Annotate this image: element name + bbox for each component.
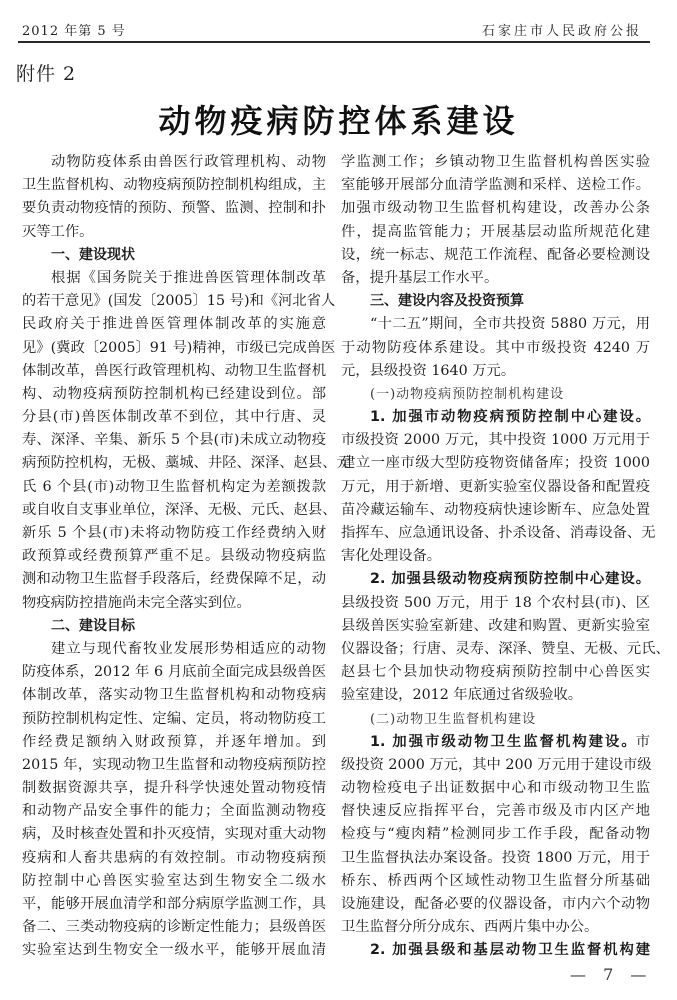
left-column: 动物防疫体系由兽医行政管理机构、动物 卫生监督机构、动物疫病预防控制机构组成，主… [22,151,326,963]
paragraph-line: 氏 6 个县(市)动物卫生监督机构定为差额拨款 [22,476,326,499]
paragraph-line: 体制改革，兽医行政管理机构、动物卫生监督机 [22,360,326,383]
paragraph-line: 备，提升基层工作水平。 [341,267,650,290]
paragraph-line: 级投资 2000 万元，其中 200 万元用于建设市级 [341,754,650,777]
paragraph-line: 灭等工作。 [22,221,326,244]
paragraph-line: 苗冷藏运输车、动物疫病快速诊断车、应急处置 [341,499,650,522]
paragraph-line: 设施建设，配备必要的仪器设备，市内六个动物 [341,893,650,916]
paragraph-line: 体制改革，落实动物卫生监督机构和动物疫病 [22,684,326,707]
attachment-label: 附件 2 [16,59,76,86]
paragraph-line: 政预算或经费预算严重不足。县级动物疫病监 [22,545,326,568]
paragraph-line: 室能够开展部分血清学监测和采样、送检工作。 [341,174,650,197]
paragraph-line: 见》(冀政〔2005〕91 号)精神，市级已完成兽医 [22,337,326,360]
paragraph-line: 疫病和人畜共患病的有效控制。市动物疫病预 [22,847,326,870]
paragraph-line: 测和动物卫生监督手段落后，经费保障不足，动 [22,568,326,591]
paragraph-line: 制数据资源共享，提升科学快速处置动物疫情 [22,777,326,800]
paragraph-line: 设，统一标志、规范工作流程、配备必要检测设 [341,244,650,267]
paragraph-line: 于动物防疫体系建设。其中市级投资 4240 万 [341,337,650,360]
paragraph-line: 害化处理设备。 [341,545,650,568]
paragraph-line: 物疫病防控措施尚未完全落实到位。 [22,592,326,615]
paragraph-line: 和动物产品安全事件的能力；全面监测动物疫 [22,800,326,823]
paragraph-line: 防疫体系，2012 年 6 月底前全面完成县级兽医 [22,661,326,684]
paragraph-fragment: 市 [636,731,650,754]
subsection-heading-2: (二)动物卫生监督机构建设 [341,708,650,731]
paragraph-line: 2015 年，实现动物卫生监督和动物疫病预防控 [22,754,326,777]
item-heading-line: 1. 加强市级动物卫生监督机构建设。市 [341,731,650,754]
paragraph-line: 动物防疫体系由兽医行政管理机构、动物 [22,151,326,174]
paragraph-line: 桥东、桥西两个区域性动物卫生监督分所基础 [341,870,650,893]
paragraph-line: 病，及时核查处置和扑灭疫情，实现对重大动物 [22,823,326,846]
paragraph-line: 根据《国务院关于推进兽医管理体制改革 [22,267,326,290]
paragraph-line: 或自收自支事业单位，深泽、无极、元氏、赵县、 [22,499,326,522]
paragraph-line: 卫生监督机构、动物疫病预防控制机构组成，主 [22,174,326,197]
paragraph-line: 加强市级动物卫生监督机构建设，改善办公条 [341,197,650,220]
paragraph-line: 督快速反应指挥平台，完善市级及市内区产地 [341,800,650,823]
paragraph-line: 要负责动物疫情的预防、预警、监测、控制和扑 [22,197,326,220]
paragraph-line: 分县(市)兽医体制改革不到位，其中行唐、灵 [22,406,326,429]
paragraph-line: 件，提高监管能力；开展基层动监所规范化建 [341,221,650,244]
paragraph-line: 防控制中心兽医实验室达到生物安全二级水 [22,870,326,893]
paragraph-line: 建立与现代畜牧业发展形势相适应的动物 [22,638,326,661]
paragraph-line: 元，县级投资 1640 万元。 [341,360,650,383]
item-heading: 1. 加强市级动物卫生监督机构建设。 [370,734,636,750]
paragraph-line: 新乐 5 个县(市)未将动物防疫工作经费纳入财 [22,522,326,545]
paragraph-line: 县级兽医实验室新建、改建和购置、更新实验室 [341,615,650,638]
paragraph-line: 检疫与“瘦肉精”检测同步工作手段，配备动物 [341,823,650,846]
journal-name: 石家庄市人民政府公报 [482,20,642,39]
paragraph-line: 病预防控机构，无极、藁城、井陉、深泽、赵县、元 [22,452,326,475]
paragraph-line: 仪器设备；行唐、灵寿、深泽、赞皇、无极、元氏、 [341,638,650,661]
page-number: — 7 — [570,965,652,984]
paragraph-line: 寿、深泽、辛集、新乐 5 个县(市)未成立动物疫 [22,429,326,452]
paragraph-line: 学监测工作；乡镇动物卫生监督机构兽医实验 [341,151,650,174]
section-heading-3: 三、建设内容及投资预算 [341,290,650,313]
paragraph-line: 的若干意见》(国发〔2005〕15 号)和《河北省人 [22,290,326,313]
paragraph-line: 平，能够开展血清学和部分病原学监测工作，具 [22,893,326,916]
paragraph-line: 万元，用于新增、更新实验室仪器设备和配置疫 [341,476,650,499]
subsection-heading-1: (一)动物疫病预防控制机构建设 [341,383,650,406]
paragraph-line: 实验室达到生物安全一级水平，能够开展血清 [22,939,326,962]
paragraph-line: 市级投资 2000 万元，其中投资 1000 万元用于 [341,429,650,452]
paragraph-line: 卫生监督分所分成东、西两片集中办公。 [341,916,650,939]
paragraph-line: 赵县七个县加快动物疫病预防控制中心兽医实 [341,661,650,684]
paragraph-line: 指挥车、应急通讯设备、扑杀设备、消毒设备、无 [341,522,650,545]
section-heading-2: 二、建设目标 [22,615,326,638]
running-header: 2012 年第 5 号 石家庄市人民政府公报 [18,16,650,43]
issue-number: 2012 年第 5 号 [22,20,126,39]
document-title: 动物疫病防控体系建设 [0,96,677,142]
paragraph-line: 建立一座市级大型防疫物资储备库；投资 1000 [341,452,650,475]
right-column: 学监测工作；乡镇动物卫生监督机构兽医实验 室能够开展部分血清学监测和采样、送检工… [341,151,650,963]
item-heading: 2. 加强县级和基层动物卫生监督机构建 [341,939,650,962]
item-heading: 2. 加强县级动物疫病预防控制中心建设。 [341,568,650,591]
paragraph-line: 验室建设，2012 年底通过省级验收。 [341,684,650,707]
item-heading: 1. 加强市动物疫病预防控制中心建设。 [341,406,650,429]
section-heading-1: 一、建设现状 [22,244,326,267]
paragraph-line: 备二、三类动物疫病的诊断定性能力；县级兽医 [22,916,326,939]
paragraph-line: 构、动物疫病预防控制机构已经建设到位。部 [22,383,326,406]
paragraph-line: 预防控制机构定性、定编、定员，将动物防疫工 [22,708,326,731]
paragraph-line: 县级投资 500 万元，用于 18 个农村县(市)、区 [341,592,650,615]
paragraph-line: “十二五”期间，全市共投资 5880 万元，用 [341,313,650,336]
paragraph-line: 作经费足额纳入财政预算，并逐年增加。到 [22,731,326,754]
paragraph-line: 卫生监督执法办案设备。投资 1800 万元，用于 [341,847,650,870]
paragraph-line: 民政府关于推进兽医管理体制改革的实施意 [22,313,326,336]
paragraph-line: 动物检疫电子出证数据中心和市级动物卫生监 [341,777,650,800]
